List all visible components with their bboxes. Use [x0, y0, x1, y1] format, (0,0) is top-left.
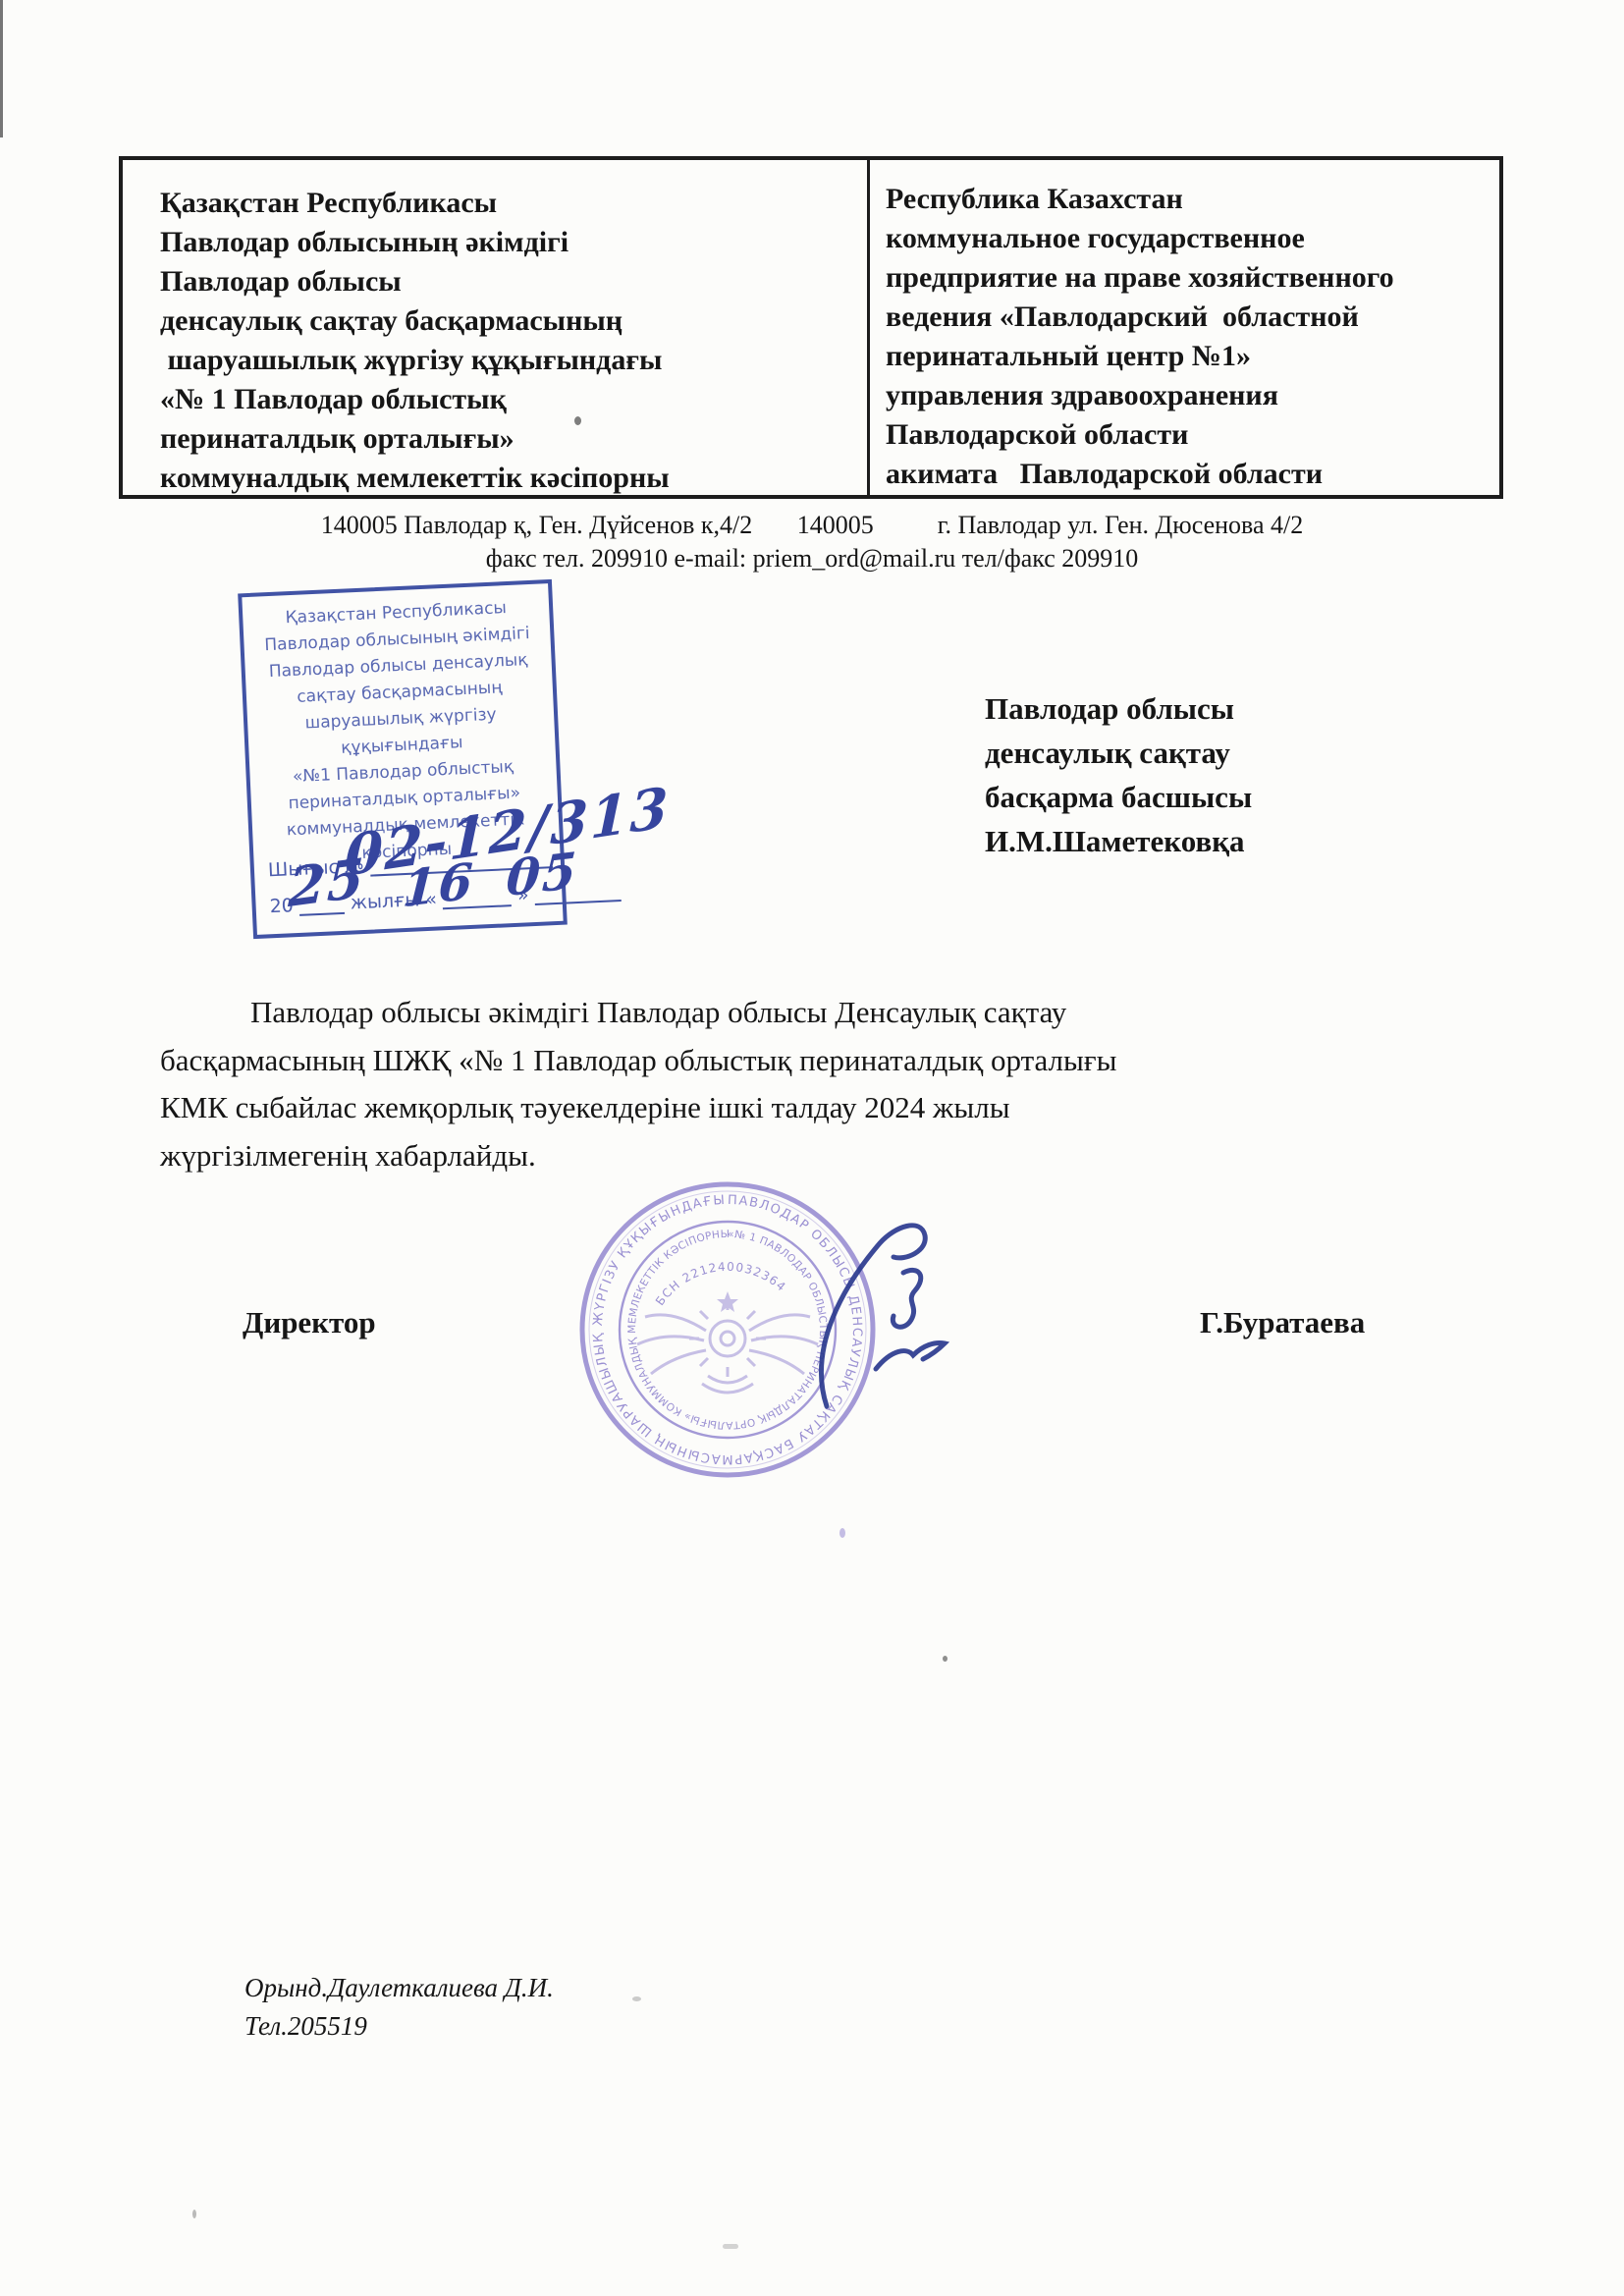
letterhead-line: перинаталдық орталығы» [160, 419, 867, 459]
scan-speck [632, 1996, 641, 2001]
signer-name: Г.Буратаева [1200, 1305, 1365, 1340]
position-title: Директор [243, 1305, 376, 1340]
recipient-line: И.М.Шаметековқа [985, 819, 1252, 863]
executor-name: Орынд.Даулеткалиева Д.И. [244, 1969, 554, 2007]
recipient-block: Павлодар облысы денсаулық сақтау басқарм… [985, 686, 1252, 863]
outgoing-registration-stamp: Қазақстан Республикасы Павлодар облысыны… [238, 579, 568, 939]
letterhead-line: коммунальное государственное [886, 219, 1499, 258]
scan-speck [723, 2244, 738, 2249]
handwritten-year: 25 [288, 846, 367, 919]
letterhead-kazakh-column: Қазақстан Республикасы Павлодар облысыны… [123, 160, 867, 495]
scan-speck [943, 1656, 947, 1662]
letterhead-line: ведения «Павлодарский областной [886, 298, 1499, 337]
address-line-2: факс тел. 209910 e-mail: priem_ord@mail.… [0, 542, 1624, 575]
handwritten-month: 05 [505, 841, 580, 907]
letterhead-line: Павлодар облысының әкімдігі [160, 223, 867, 262]
recipient-line: Павлодар облысы [985, 686, 1252, 731]
body-line: КМК сыбайлас жемқорлық тәуекелдеріне ішк… [160, 1084, 1476, 1132]
letterhead-line: Павлодар облысы [160, 262, 867, 301]
body-paragraph: Павлодар облысы әкімдігі Павлодар облысы… [160, 989, 1476, 1179]
executor-block: Орынд.Даулеткалиева Д.И. Тел.205519 [244, 1969, 554, 2046]
handwritten-day: 16 [401, 851, 476, 918]
letterhead-line: управления здравоохранения [886, 376, 1499, 415]
recipient-line: басқарма басшысы [985, 775, 1252, 819]
body-line: Павлодар облысы әкімдігі Павлодар облысы… [160, 989, 1476, 1037]
letterhead-line: предприятие на праве хозяйственного [886, 258, 1499, 298]
letterhead-line: Республика Казахстан [886, 180, 1499, 219]
letterhead-line: акимата Павлодарской области [886, 455, 1499, 494]
scan-speck [839, 1528, 845, 1538]
executor-phone: Тел.205519 [244, 2007, 554, 2046]
address-line-1: 140005 Павлодар қ, Ген. Дүйсенов к,4/2 1… [0, 509, 1624, 542]
body-line: басқармасының ШЖҚ «№ 1 Павлодар облыстық… [160, 1037, 1476, 1085]
letterhead-russian-column: Республика Казахстан коммунальное госуда… [870, 160, 1499, 495]
scan-speck [192, 2210, 196, 2218]
document-page: Қазақстан Республикасы Павлодар облысыны… [0, 0, 1624, 2296]
letterhead-line: Қазақстан Республикасы [160, 184, 867, 223]
letterhead-line: коммуналдық мемлекеттік кәсіпорны [160, 459, 867, 498]
letterhead-line: «№ 1 Павлодар облыстық [160, 380, 867, 419]
address-block: 140005 Павлодар қ, Ген. Дүйсенов к,4/2 1… [0, 509, 1624, 575]
scan-speck [574, 416, 581, 425]
director-signature [785, 1200, 1001, 1455]
scan-edge-artifact [0, 0, 3, 137]
recipient-line: денсаулық сақтау [985, 731, 1252, 775]
letterhead-line: шаруашылық жүргізу құқығындағы [160, 341, 867, 380]
letterhead-table: Қазақстан Республикасы Павлодар облысыны… [119, 156, 1503, 499]
letterhead-line: перинатальный центр №1» [886, 337, 1499, 376]
letterhead-line: денсаулық сақтау басқармасының [160, 301, 867, 341]
letterhead-line: Павлодарской области [886, 415, 1499, 455]
